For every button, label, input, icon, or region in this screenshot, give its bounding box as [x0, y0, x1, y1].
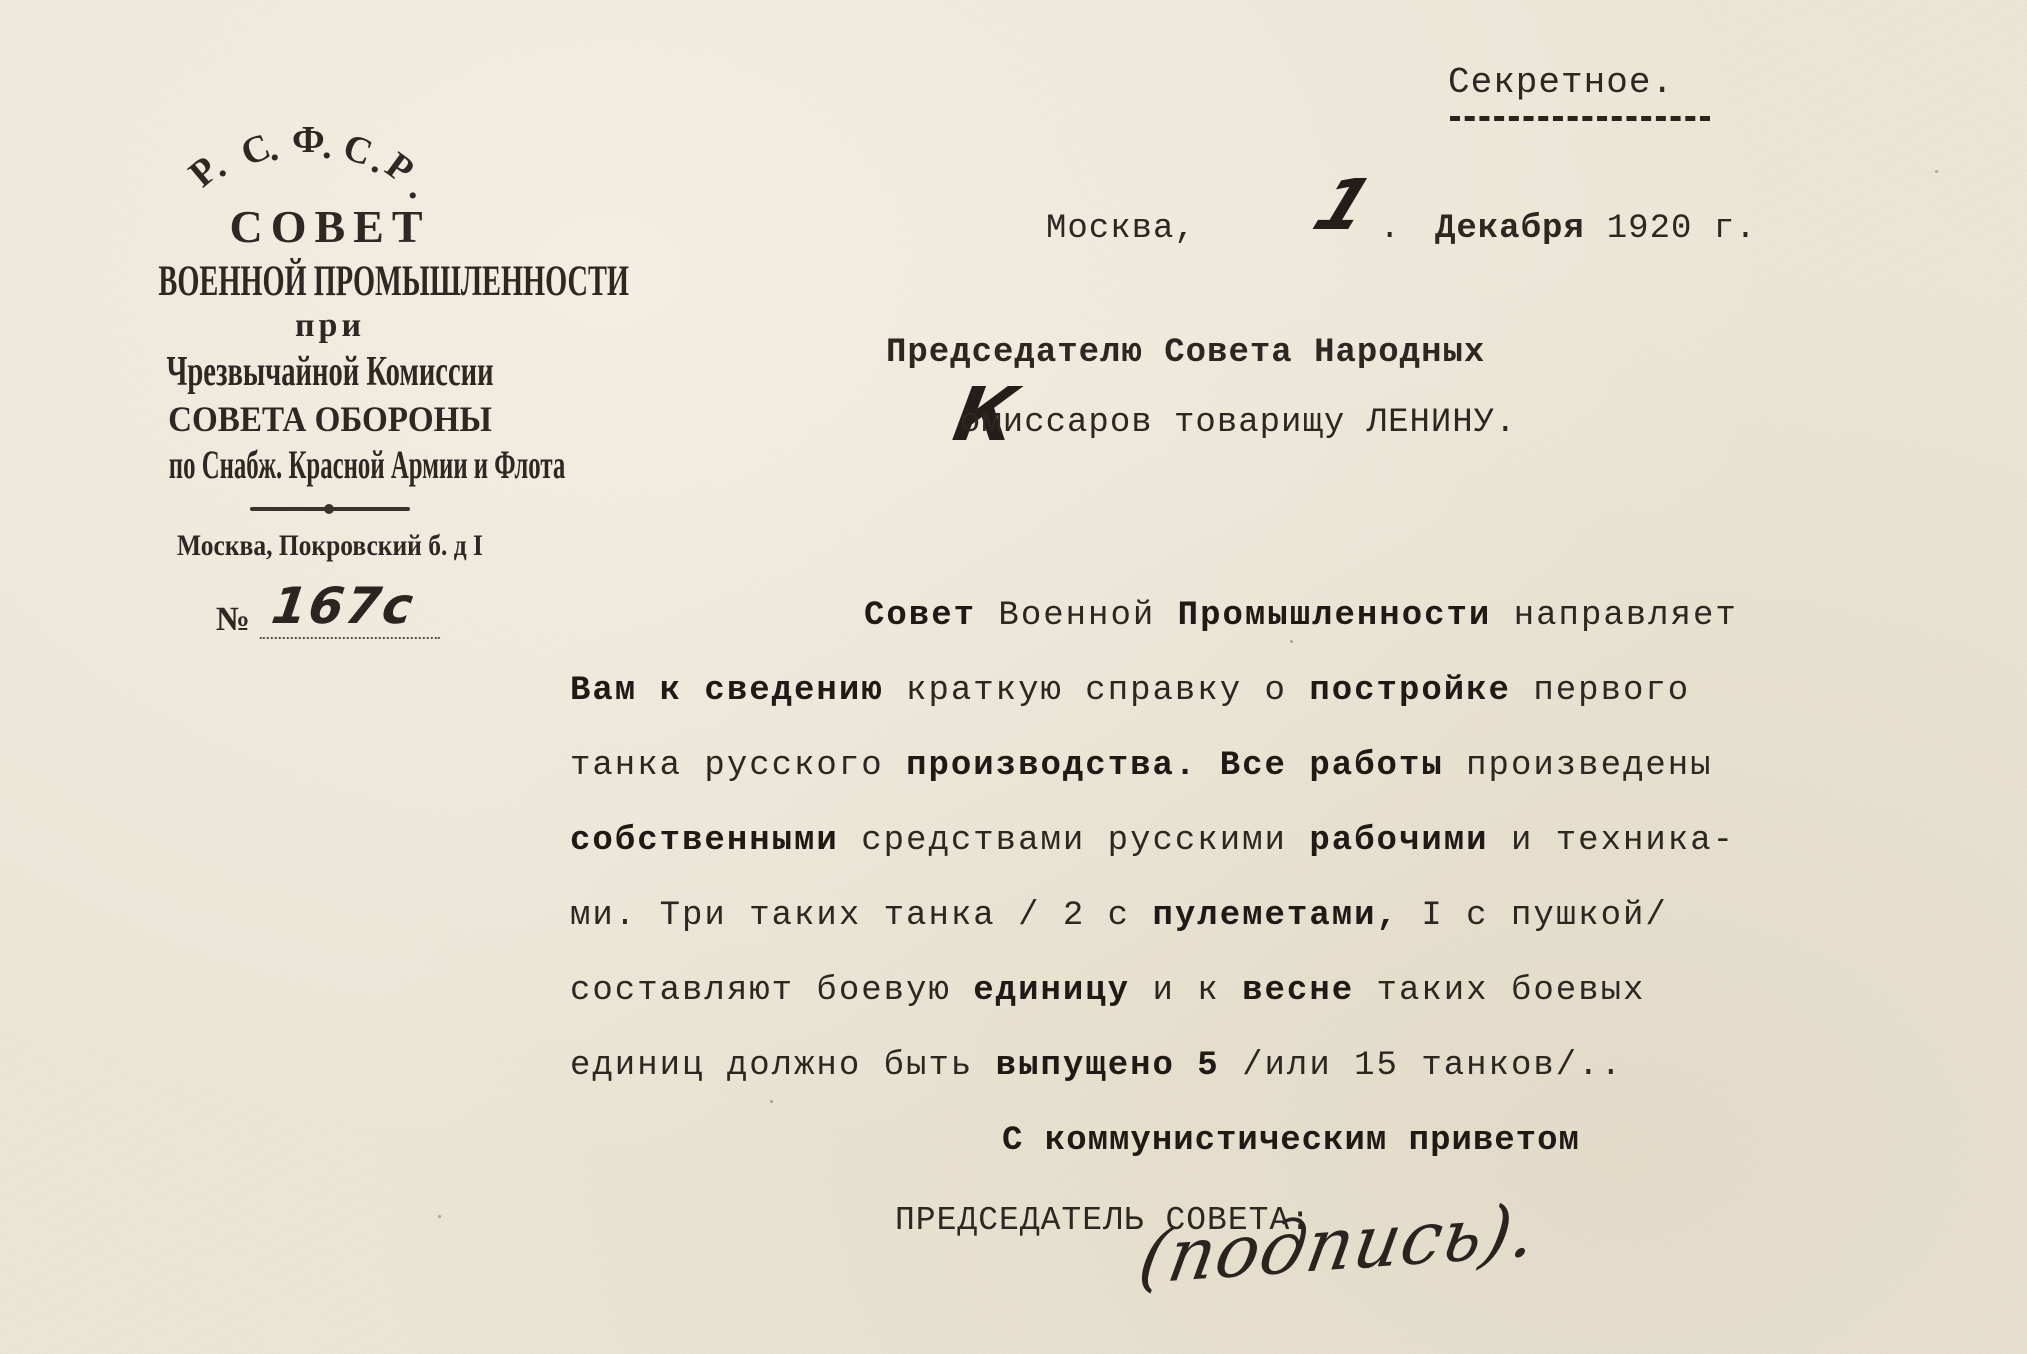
body-text-fragment: и к [1130, 972, 1242, 1010]
body-text-fragment: Вам к сведению [570, 672, 884, 710]
classification-label: Секретное. [1448, 62, 1674, 103]
ornamental-divider [250, 507, 410, 511]
body-text-fragment: весне [1242, 972, 1354, 1010]
body-text-fragment: средствами русскими [839, 822, 1309, 860]
paper-speck [1290, 640, 1293, 643]
number-sign: № [216, 601, 250, 639]
arc-dot: . [218, 142, 228, 186]
arc-dot: . [370, 138, 380, 182]
letterhead-council: СОВЕТ [70, 204, 590, 250]
body-text-fragment: собственными [570, 822, 839, 860]
body-text-fragment: Промышленности [1178, 597, 1492, 635]
body-text-fragment: постройке [1309, 672, 1511, 710]
handwritten-day: 1 [1302, 164, 1385, 246]
body-line: Совет Военной Промышленности направляет [864, 597, 1738, 635]
body-line: ми. Три таких танка / 2 с пулеметами, I … [570, 897, 1668, 935]
arc-dot: . [322, 124, 332, 168]
body-text-fragment: рабочими [1309, 822, 1488, 860]
body-line: составляют боевую единицу и к весне таки… [570, 972, 1645, 1010]
letterhead-supply-line: по Снабж. Красной Армии и Флота [169, 445, 491, 485]
paper-speck [1935, 170, 1938, 173]
date-month: Декабря [1435, 210, 1585, 248]
body-text-fragment: производства. Все работы [906, 747, 1444, 785]
body-text-fragment: Совет [864, 597, 976, 635]
paper-speck [438, 1215, 441, 1218]
addressee-line-1: Председателю Совета Народных [886, 334, 1485, 372]
body-text-fragment: танка русского [570, 747, 906, 785]
arc-dot: . [270, 126, 280, 170]
body-text-fragment: первого [1511, 672, 1690, 710]
date-city: Москва, [1046, 210, 1196, 248]
body-text-fragment: I с пушкой/ [1399, 897, 1668, 935]
letterhead-extraordinary-commission: Чрезвычайной Комиссии [153, 351, 507, 393]
body-line: собственными средствами русскими рабочим… [570, 822, 1735, 860]
letterhead-address: Москва, Покровский б. д I [109, 531, 551, 561]
body-text-fragment: произведены [1444, 747, 1713, 785]
date-dot: . [1380, 210, 1401, 248]
body-text-fragment: /или 15 танков/.. [1220, 1047, 1623, 1085]
body-text-fragment: ми. Три таких танка / 2 с [570, 897, 1153, 935]
body-text-fragment: таких боевых [1354, 972, 1645, 1010]
body-text-fragment: единицу [973, 972, 1130, 1010]
republic-arc: Р . С . Ф . С . Р . [70, 120, 590, 190]
handwritten-number: 167с [260, 577, 449, 639]
closing-salutation: С коммунистическим приветом [1002, 1122, 1580, 1160]
letterhead-under: при [70, 309, 590, 343]
body-text-fragment: пулеметами, [1153, 897, 1399, 935]
document-number: № 167с [216, 577, 444, 639]
body-text-fragment: и техника- [1489, 822, 1735, 860]
classification-underline [1450, 116, 1710, 121]
arc-letter: Ф [292, 118, 325, 162]
paper-speck [770, 1100, 773, 1103]
body-line: Вам к сведению краткую справку о построй… [570, 672, 1690, 710]
date-line: Москва, 1 . Декабря 1920 г. [1046, 172, 1757, 254]
body-text-fragment: единиц должно быть [570, 1047, 996, 1085]
body-line: танка русского производства. Все работы … [570, 747, 1713, 785]
letterhead-military-industry: ВОЕННОЙ ПРОМЫШЛЕННОСТИ [158, 260, 501, 303]
body-text-fragment: составляют боевую [570, 972, 973, 1010]
body-text-fragment: направляет [1491, 597, 1737, 635]
body-text-fragment: краткую справку о [884, 672, 1310, 710]
letterhead: Р . С . Ф . С . Р . СОВЕТ ВОЕННОЙ ПРОМЫШ… [70, 120, 590, 639]
addressee-line-2: омиссаров товарищу ЛЕНИНУ. [960, 404, 1517, 442]
letterhead-defense-council: СОВЕТА ОБОРОНЫ [91, 401, 569, 437]
body-text-fragment: выпущено 5 [996, 1047, 1220, 1085]
body-line: единиц должно быть выпущено 5 /или 15 та… [570, 1047, 1623, 1085]
date-year: 1920 г. [1607, 210, 1757, 248]
body-text-fragment: Военной [976, 597, 1178, 635]
arc-dot: . [408, 164, 418, 208]
